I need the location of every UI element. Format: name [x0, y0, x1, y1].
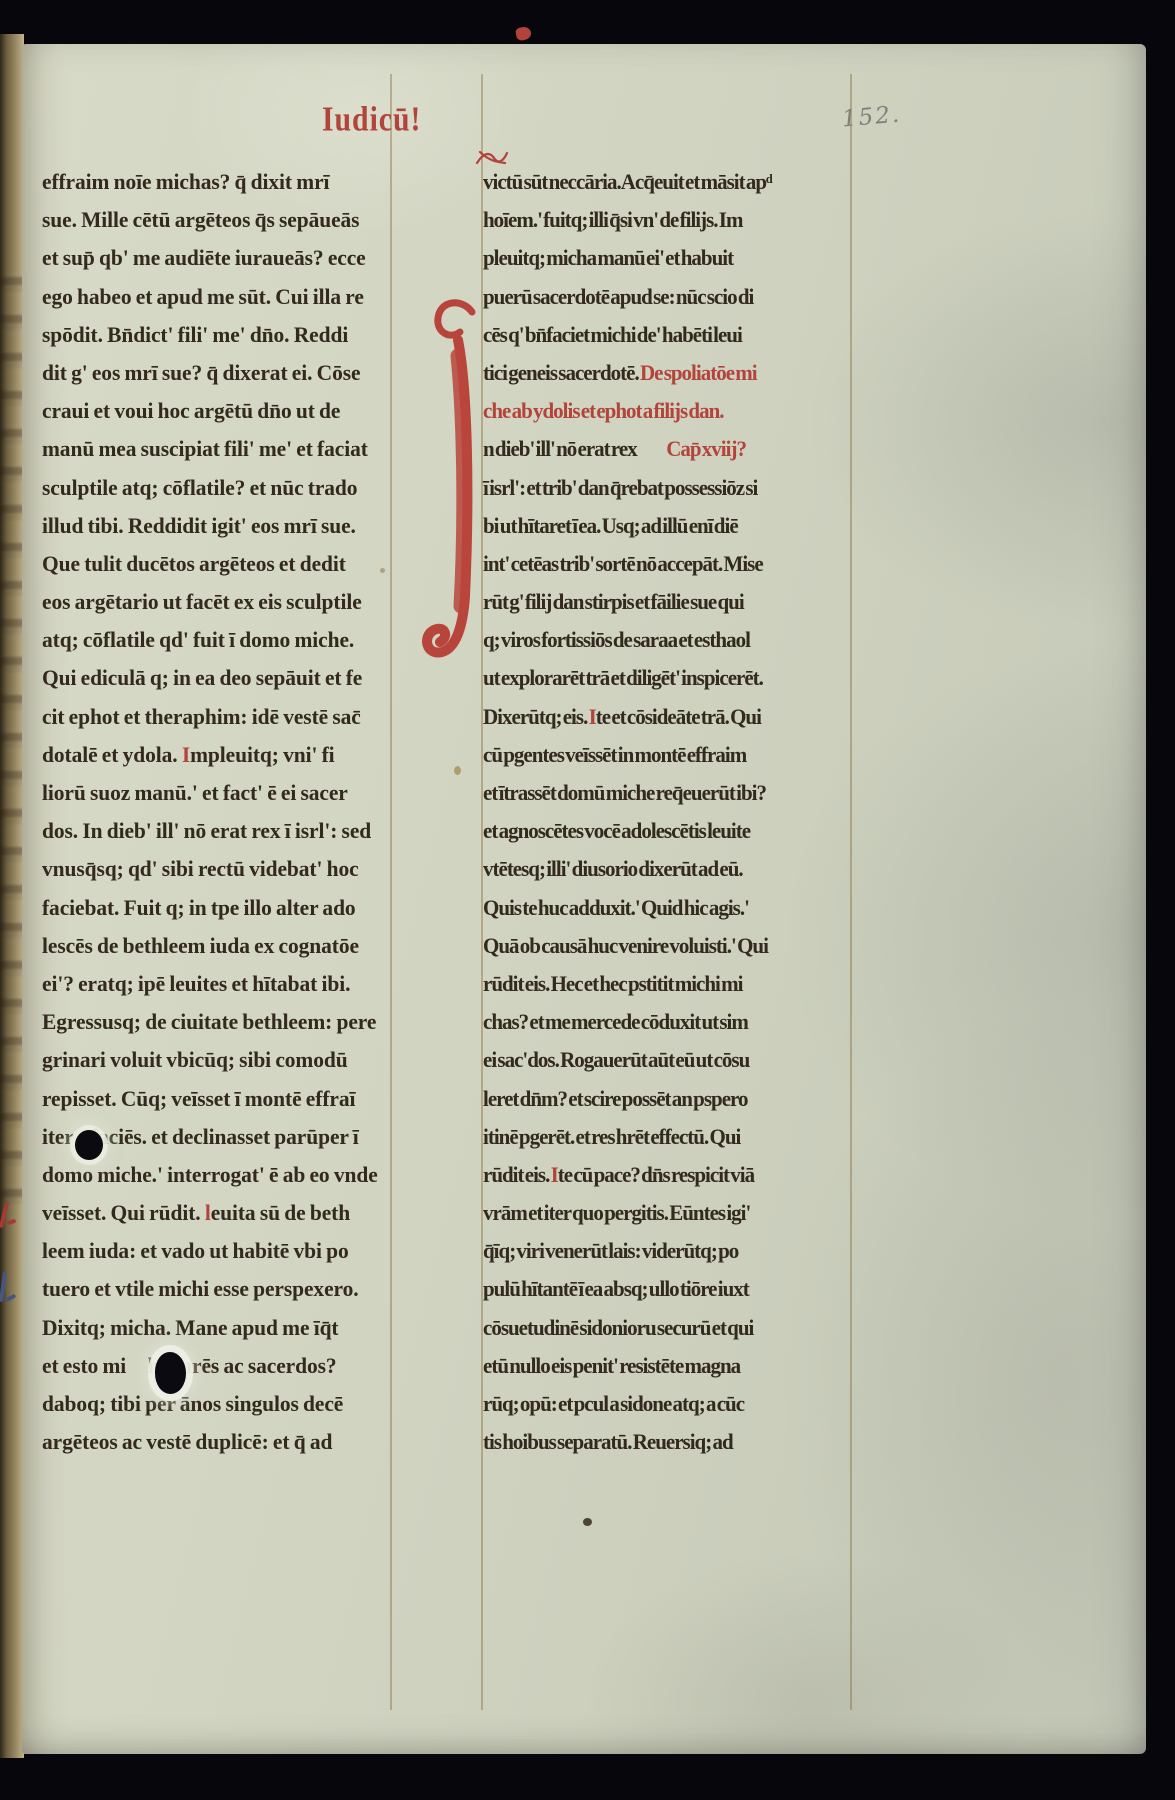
text-segment: ei sac'dos. Rogauerūt aūt eū ut cōsu [483, 1048, 749, 1073]
parchment-hole [75, 1130, 103, 1160]
text-segment: te cū pace? dn̄s respicit viā [558, 1162, 754, 1187]
text-segment: tici geneis sacerdotē. [483, 360, 640, 385]
text-line: dit g' eos mrī sue? q̄ dixerat ei. Cōse [42, 353, 394, 393]
text-segment: vnusq̄sq; qd' sibi rectū videbat' hoc [42, 857, 359, 882]
text-segment: dit g' eos mrī sue? q̄ dixerat ei. Cōse [42, 360, 360, 385]
book-gutter-edge [0, 34, 24, 1758]
text-segment: Dixerūtq; eis. [483, 704, 589, 729]
text-line: Quā ob causā huc venire voluisti.' Qui [483, 926, 853, 966]
text-line: rūt g' filij dan stirpis et fāilie sue q… [483, 582, 853, 622]
text-line: Qui ediculā q; in ea deo sepāuit et fe [42, 658, 394, 698]
text-segment: effraim noīe michas? q̄ dixit mrī [42, 169, 329, 194]
text-segment: cōsuetudinē sidonioru securū et qui [483, 1315, 753, 1340]
text-segment: ut explorarēt trā et diligēt' inspicerēt… [483, 666, 763, 691]
text-segment: Cap̄ xviij? [666, 437, 746, 462]
text-line: cit ephot et theraphim: idē vestē sac̄ [42, 697, 394, 737]
text-segment: sculptile atq; cōflatile? et nūc trado [42, 475, 357, 500]
text-line: et agnoscētes vocē adolescētis leuite [483, 811, 853, 851]
text-line: tuero et vtile michi esse perspexero. [42, 1269, 394, 1309]
red-margin-mark [7, 1219, 17, 1226]
text-line: ego habeo et apud me sūt. Cui illa re [42, 277, 394, 317]
text-segment: Dixitq; micha. Mane apud me īq̄t [42, 1315, 339, 1340]
text-segment: ei'? eratq; ipē leuites et hītabat ibi. [42, 971, 350, 996]
text-line: vnusq̄sq; qd' sibi rectū videbat' hoc [42, 849, 394, 889]
stain-speck [454, 766, 461, 775]
text-line: sue. Mille cētū argēteos q̄s sepāueās [42, 200, 394, 240]
text-segment: dos. In dieb' ill' nō erat rex ī isrl': … [42, 818, 371, 843]
text-line: itinē pgerēt. et res hrēt effectū. Qui [483, 1117, 853, 1157]
text-segment: daboq; tibi per ānos singulos decē [42, 1391, 343, 1416]
text-line: puerū sacerdotē apud se: nūc scio di [483, 277, 853, 317]
text-segment: De spoliatōe mi [640, 360, 757, 385]
text-line: dos. In dieb' ill' nō erat rex ī isrl': … [42, 811, 394, 851]
text-segment: sue. Mille cētū argēteos q̄s sepāueās [42, 207, 359, 232]
text-segment: vtētesq; illi' diusorio dixerūt ad eū. [483, 857, 743, 882]
text-line: cēs q' bn̄faciet michi de' habēti leui [483, 315, 853, 355]
text-line: veīsset. Qui rūdit. leuita sū de beth [42, 1193, 394, 1233]
text-segment: illud tibi. Reddidit igit' eos mrī sue. [42, 513, 356, 538]
folio-number: 152. [841, 101, 902, 132]
parchment-page: Iudicū! 152. effraim noīe michas? q̄ dix… [22, 44, 1146, 1754]
text-line: Dixerūtq; eis. Ite et cōsideāte trā. Qui [483, 697, 853, 737]
text-segment: cū pgentes veīssēt in montē effraim [483, 742, 746, 767]
text-segment: et esto mi hi parēs ac sacerdos? [42, 1353, 337, 1378]
text-line: sculptile atq; cōflatile? et nūc trado [42, 468, 394, 508]
text-line: ei'? eratq; ipē leuites et hītabat ibi. [42, 964, 394, 1004]
text-segment: etū nullo eis penit' resistēte magna [483, 1353, 740, 1378]
text-segment: mpleuitq; vni' fi [190, 742, 334, 767]
text-line: cū pgentes veīssēt in montē effraim [483, 735, 853, 775]
text-segment: victū sūt neccāria. Acq̄euit et māsit ap… [483, 169, 772, 194]
text-segment: rūdit eis. [483, 1162, 551, 1187]
red-edge-fleck [515, 26, 532, 42]
text-segment: int' cetēas trib' sortē nō accepāt. Mise [483, 551, 763, 576]
text-line: etū nullo eis penit' resistēte magna [483, 1346, 853, 1386]
text-line: atq; cōflatile qd' fuit ī domo miche. [42, 620, 394, 660]
text-line: domo miche.' interrogat' ē ab eo vnde [42, 1155, 394, 1195]
text-line: effraim noīe michas? q̄ dixit mrī [42, 162, 394, 202]
text-line: ut explorarēt trā et diligēt' inspicerēt… [483, 658, 853, 698]
text-line: et esto mi hi parēs ac sacerdos? [42, 1346, 394, 1386]
text-segment: cit ephot et theraphim: idē vestē sac̄ [42, 704, 361, 729]
text-segment: Egressusq; de ciuitate bethleem: pere [42, 1009, 376, 1034]
text-line: rūq; opū: et pcul a sidone atq; a cūc [483, 1384, 853, 1424]
text-line: bi ut hītaret ī ea. Usq; ad illū enī diē [483, 506, 853, 546]
text-segment: cēs q' bn̄faciet michi de' habēti leui [483, 322, 742, 347]
text-line: che ab ydolis et ephot a filijs dan. [483, 391, 853, 431]
text-line: q; viros fortissiōs de saraa et esthaol [483, 620, 853, 660]
text-line: leem iuda: et vado ut habitē vbi po [42, 1231, 394, 1271]
text-segment: Que tulit ducētos argēteos et dedit [42, 551, 346, 576]
text-line: craui et voui hoc argētū dn̄o ut de [42, 391, 394, 431]
text-segment: domo miche.' interrogat' ē ab eo vnde [42, 1162, 378, 1187]
text-line: dotalē et ydola. Impleuitq; vni' fi [42, 735, 394, 775]
text-line: grinari voluit vbicūq; sibi comodū [42, 1040, 394, 1080]
text-line: victū sūt neccāria. Acq̄euit et māsit ap… [483, 162, 853, 202]
text-segment: faciebat. Fuit q; in tpe illo alter ado [42, 895, 356, 920]
text-segment: euita sū de beth [211, 1200, 350, 1225]
text-line: lescēs de bethleem iuda ex cognatōe [42, 926, 394, 966]
blue-margin-mark [5, 1294, 17, 1303]
text-segment: eos argētario ut facēt ex eis sculptile [42, 589, 362, 614]
text-segment: Quā ob causā huc venire voluisti.' Qui [483, 933, 768, 958]
text-segment: pleuitq; micha manū ei' et habuit [483, 246, 733, 271]
text-line: tici geneis sacerdotē. De spoliatōe mi [483, 353, 853, 393]
text-line: Egressusq; de ciuitate bethleem: pere [42, 1002, 394, 1042]
stain-speck [583, 1518, 592, 1526]
text-line: tis hoibus separatū. Reuersiq; ad [483, 1422, 853, 1462]
text-line: q̄īq; viri venerūt lais: viderūtq; po [483, 1231, 853, 1271]
text-segment: chas? et me mercede cōduxit ut sim [483, 1009, 748, 1034]
text-column-left: effraim noīe michas? q̄ dixit mrīsue. Mi… [42, 162, 394, 1460]
text-line: daboq; tibi per ānos singulos decē [42, 1384, 394, 1424]
stain-speck [380, 568, 385, 573]
text-segment: vrām et iter quo pergitis. Eūntes igi' [483, 1200, 750, 1225]
text-segment: leem iuda: et vado ut habitē vbi po [42, 1239, 349, 1264]
text-segment: tuero et vtile michi esse perspexero. [42, 1277, 359, 1302]
text-segment: itinē pgerēt. et res hrēt effectū. Qui [483, 1124, 740, 1149]
text-segment: veīsset. Qui rūdit. [42, 1200, 205, 1225]
text-line: ei sac'dos. Rogauerūt aūt eū ut cōsu [483, 1040, 853, 1080]
text-line: rūdit eis. Ite cū pace? dn̄s respicit vi… [483, 1155, 853, 1195]
text-segment: hoīem.' fuitq; illi q̄si vn' de filijs. … [483, 207, 742, 232]
text-segment: Quis te huc adduxit.' Quid hic agis.' [483, 895, 749, 920]
text-line: cōsuetudinē sidonioru securū et qui [483, 1308, 853, 1348]
text-column-right: victū sūt neccāria. Acq̄euit et māsit ap… [483, 162, 853, 1460]
text-segment: ī isrl': et trib' dan q̄rebat possessiōz… [483, 475, 757, 500]
text-line: Que tulit ducētos argēteos et dedit [42, 544, 394, 584]
text-line: pulū hītantē ī ea absq; ullo tiōre iuxt [483, 1269, 853, 1309]
text-segment: repisset. Cūq; veīsset ī montē effraī [42, 1086, 355, 1111]
text-line: repisset. Cūq; veīsset ī montē effraī [42, 1079, 394, 1119]
text-line: pleuitq; micha manū ei' et habuit [483, 238, 853, 278]
text-segment: n dieb' ill' nō erat rex [483, 437, 666, 462]
showthrough-text-smudges [0, 254, 24, 1214]
text-line: et sup̄ qb' me audiēte iuraueās? ecce [42, 238, 394, 278]
text-line: et ītrassēt domū miche req̄euerūt ibi? [483, 773, 853, 813]
text-segment: rūt g' filij dan stirpis et fāilie sue q… [483, 589, 744, 614]
text-segment: craui et voui hoc argētū dn̄o ut de [42, 398, 340, 423]
text-line: n dieb' ill' nō erat rex Cap̄ xviij? [483, 429, 853, 469]
text-line: manū mea suscipiat fili' me' et faciat [42, 429, 394, 469]
text-segment: q; viros fortissiōs de saraa et esthaol [483, 628, 750, 653]
text-segment: et sup̄ qb' me audiēte iuraueās? ecce [42, 246, 366, 271]
text-segment: manū mea suscipiat fili' me' et faciat [42, 437, 368, 462]
text-segment: I [551, 1162, 558, 1187]
text-line: rūdit eis. Hec et hec pstitit michi mi [483, 964, 853, 1004]
text-segment: dotalē et ydola. [42, 742, 182, 767]
text-segment: argēteos ac vestē duplicē: et q̄ ad [42, 1429, 332, 1454]
text-segment: I [589, 704, 596, 729]
text-segment: ego habeo et apud me sūt. Cui illa re [42, 284, 364, 309]
text-segment: te et cōsideāte trā. Qui [596, 704, 761, 729]
text-segment: spōdit. Bn̄dict' fili' me' dn̄o. Reddi [42, 322, 348, 347]
text-line: liorū suoz manū.' et fact' ē ei sacer [42, 773, 394, 813]
text-segment: bi ut hītaret ī ea. Usq; ad illū enī diē [483, 513, 738, 538]
text-line: vtētesq; illi' diusorio dixerūt ad eū. [483, 849, 853, 889]
text-segment: pulū hītantē ī ea absq; ullo tiōre iuxt [483, 1277, 749, 1302]
text-line: hoīem.' fuitq; illi q̄si vn' de filijs. … [483, 200, 853, 240]
decorated-initial-I [420, 296, 486, 684]
text-segment: rūq; opū: et pcul a sidone atq; a cūc [483, 1391, 744, 1416]
text-segment: puerū sacerdotē apud se: nūc scio di [483, 284, 753, 309]
text-line: illud tibi. Reddidit igit' eos mrī sue. [42, 506, 394, 546]
manuscript-photo: { "page": { "header_title": "Iudicū!", "… [0, 0, 1175, 1800]
text-line: Dixitq; micha. Mane apud me īq̄t [42, 1308, 394, 1348]
text-line: leret dn̄m? et scire possēt an pspero [483, 1079, 853, 1119]
text-line: int' cetēas trib' sortē nō accepāt. Mise [483, 544, 853, 584]
text-segment: che ab ydolis et ephot a filijs dan. [483, 398, 724, 423]
text-segment: et ītrassēt domū miche req̄euerūt ibi? [483, 780, 766, 805]
text-segment: Qui ediculā q; in ea deo sepāuit et fe [42, 666, 362, 691]
text-line: Quis te huc adduxit.' Quid hic agis.' [483, 888, 853, 928]
text-segment: liorū suoz manū.' et fact' ē ei sacer [42, 780, 348, 805]
text-line: faciebat. Fuit q; in tpe illo alter ado [42, 888, 394, 928]
text-line: spōdit. Bn̄dict' fili' me' dn̄o. Reddi [42, 315, 394, 355]
running-title: Iudicū! [322, 99, 514, 139]
text-segment: et agnoscētes vocē adolescētis leuite [483, 818, 750, 843]
text-segment: I [182, 742, 190, 767]
text-segment: atq; cōflatile qd' fuit ī domo miche. [42, 628, 354, 653]
text-segment: rūdit eis. Hec et hec pstitit michi mi [483, 971, 742, 996]
text-segment: tis hoibus separatū. Reuersiq; ad [483, 1429, 733, 1454]
text-line: chas? et me mercede cōduxit ut sim [483, 1002, 853, 1042]
text-line: ī isrl': et trib' dan q̄rebat possessiōz… [483, 468, 853, 508]
text-line: vrām et iter quo pergitis. Eūntes igi' [483, 1193, 853, 1233]
text-segment: lescēs de bethleem iuda ex cognatōe [42, 933, 359, 958]
parchment-hole [155, 1352, 186, 1394]
text-segment: leret dn̄m? et scire possēt an pspero [483, 1086, 747, 1111]
text-line: argēteos ac vestē duplicē: et q̄ ad [42, 1422, 394, 1462]
text-line: eos argētario ut facēt ex eis sculptile [42, 582, 394, 622]
text-segment: q̄īq; viri venerūt lais: viderūtq; po [483, 1239, 738, 1264]
text-segment: grinari voluit vbicūq; sibi comodū [42, 1048, 348, 1073]
